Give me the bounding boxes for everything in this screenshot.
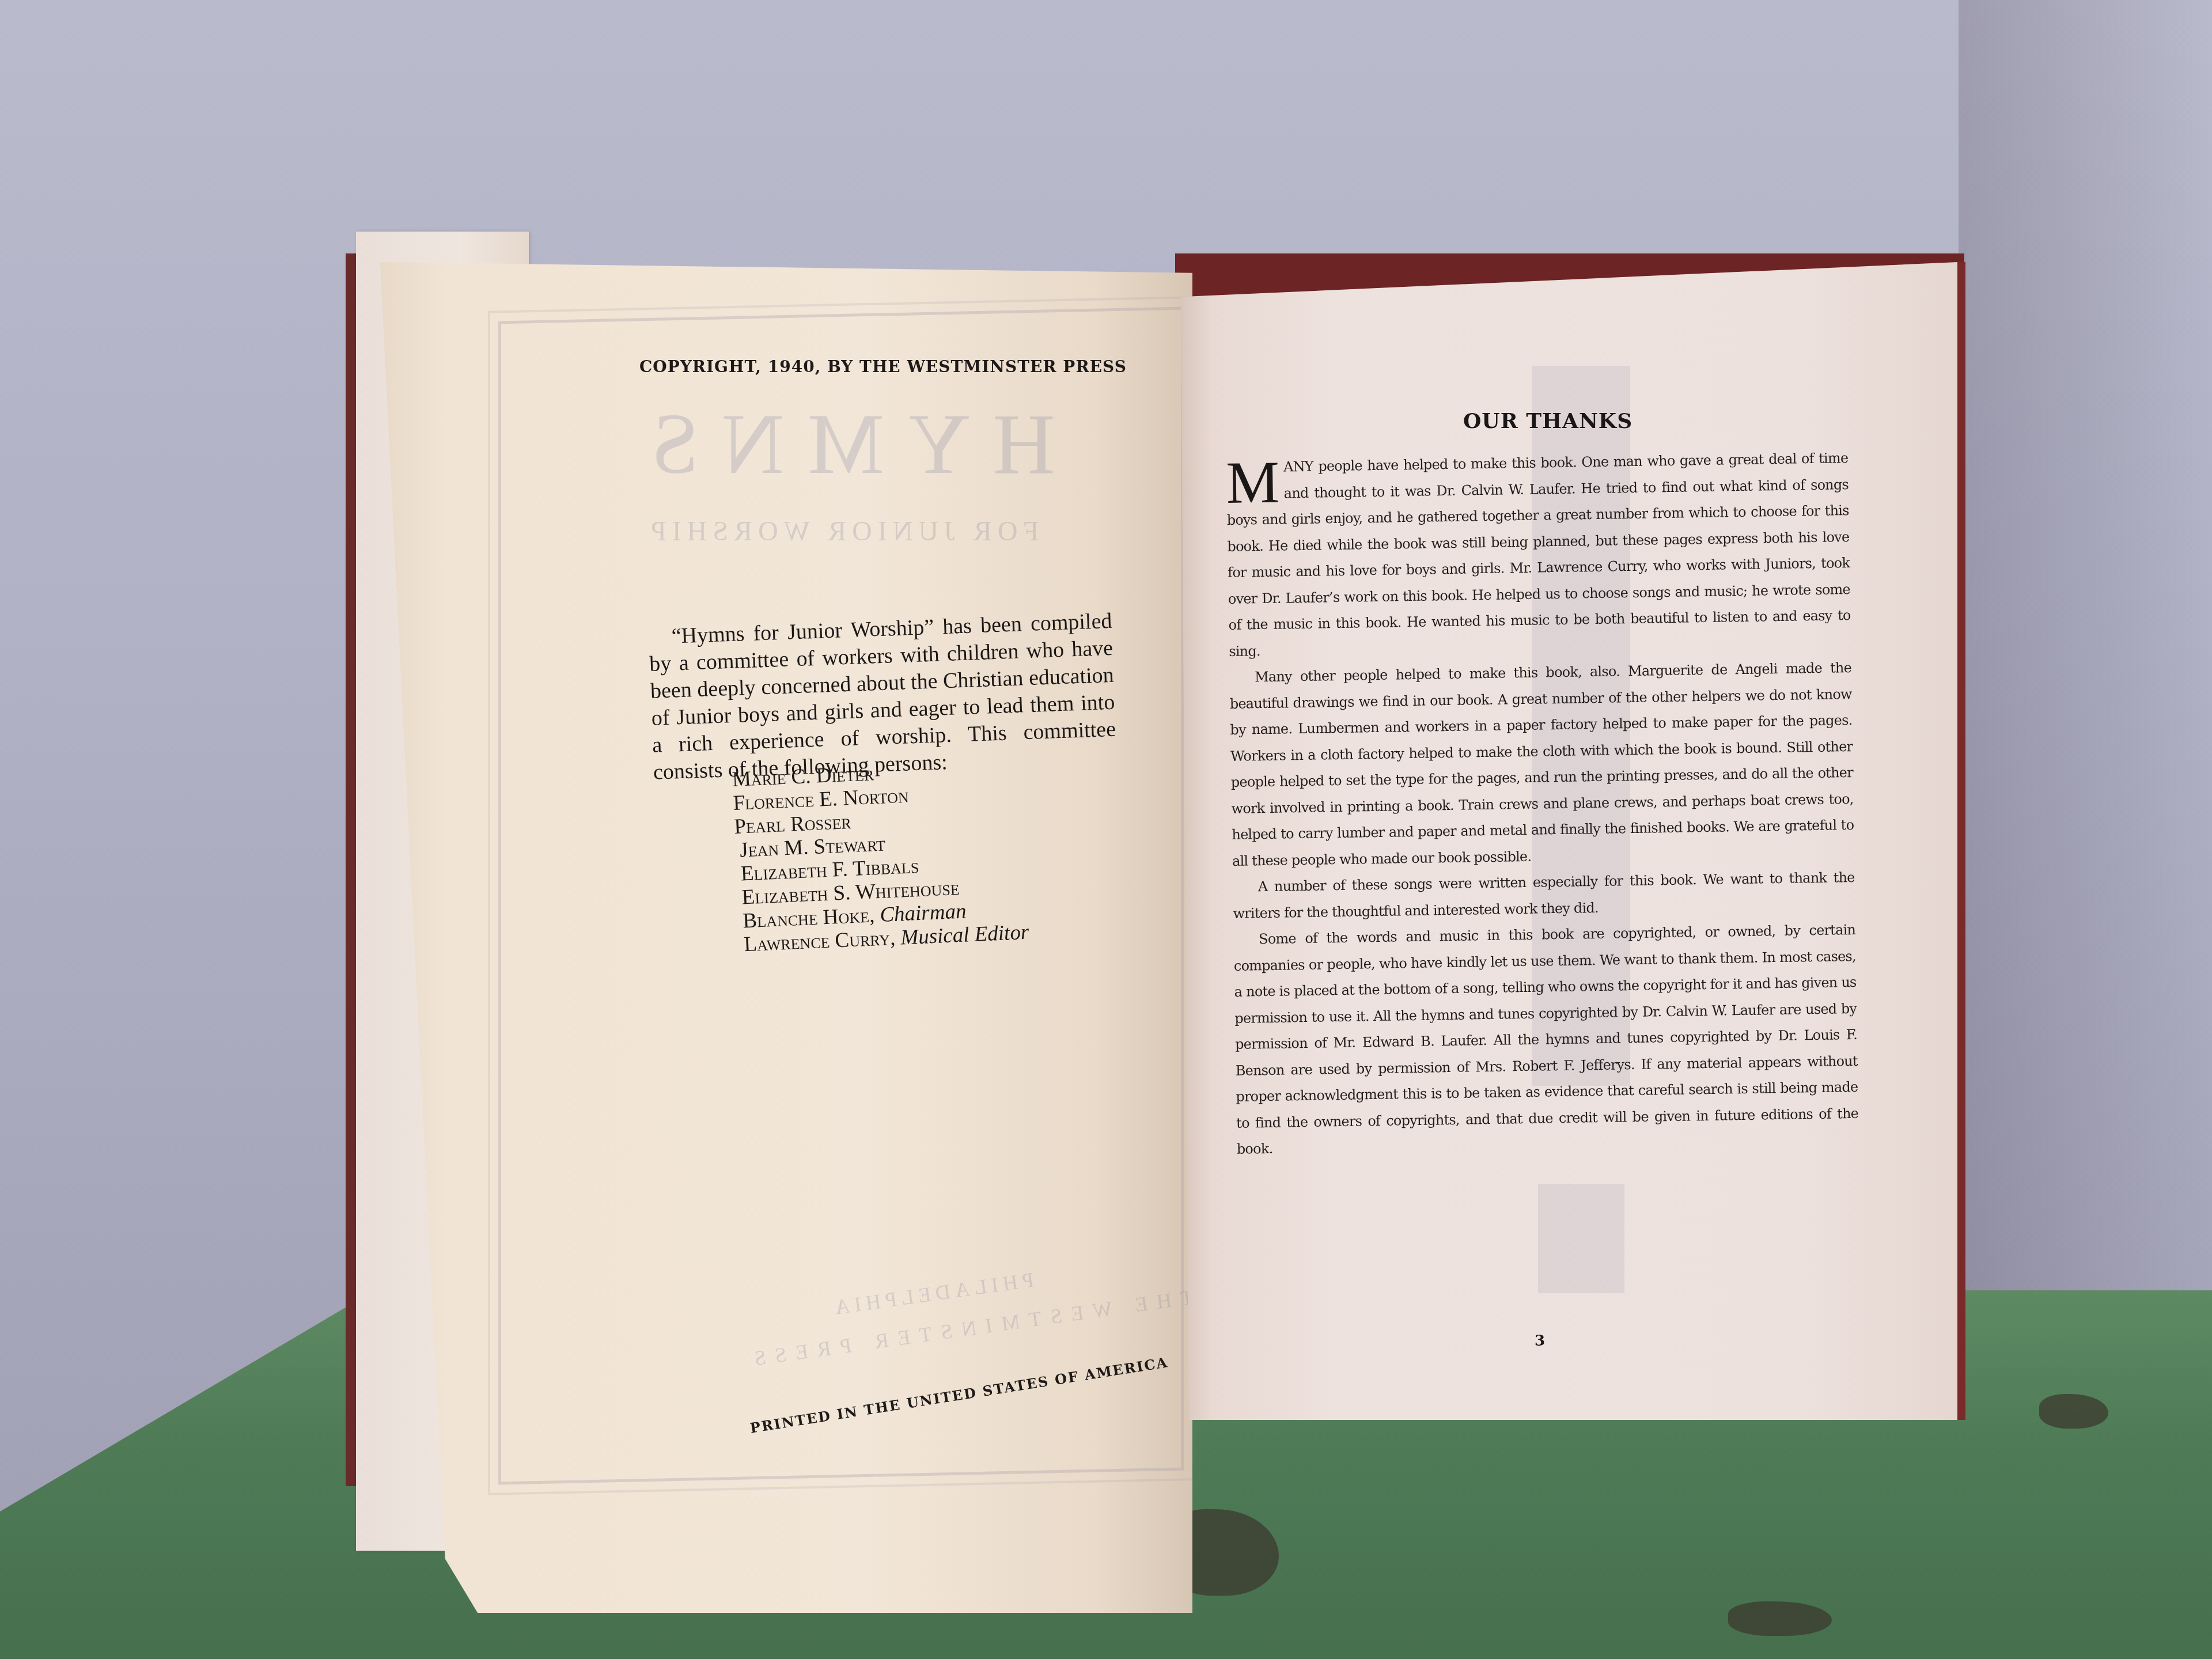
wall-shadow (1959, 0, 2212, 1308)
paragraph: Many other people helped to make this bo… (1229, 655, 1855, 874)
paragraph: A number of these songs were written esp… (1232, 865, 1855, 927)
show-through-illustration (1538, 1184, 1624, 1293)
left-page: HYMNS FOR JUNIOR WORSHIP PHILADELPHIA TH… (380, 262, 1192, 1613)
drop-cap: M (1226, 458, 1279, 508)
show-through-title: HYMNS (628, 395, 1055, 494)
first-word-rest: ANY (1283, 459, 1313, 475)
book-cover-right-edge (1957, 262, 1965, 1420)
paragraph: MANY people have helped to make this boo… (1226, 445, 1851, 665)
committee-list: Marie C. Dieter Florence E. Norton Pearl… (732, 750, 1143, 956)
copyright-line: COPYRIGHT, 1940, BY THE WESTMINSTER PRES… (639, 357, 1158, 376)
role-label: Chairman (880, 899, 967, 927)
page-heading: OUR THANKS (1463, 409, 1694, 433)
paragraph: Some of the words and music in this book… (1233, 917, 1859, 1162)
show-through-subtitle: FOR JUNIOR WORSHIP (645, 516, 1039, 547)
right-page: OUR THANKS MANY people have helped to ma… (1181, 262, 1957, 1420)
thanks-body: MANY people have helped to make this boo… (1226, 445, 1859, 1162)
page-number: 3 (1535, 1332, 1545, 1350)
